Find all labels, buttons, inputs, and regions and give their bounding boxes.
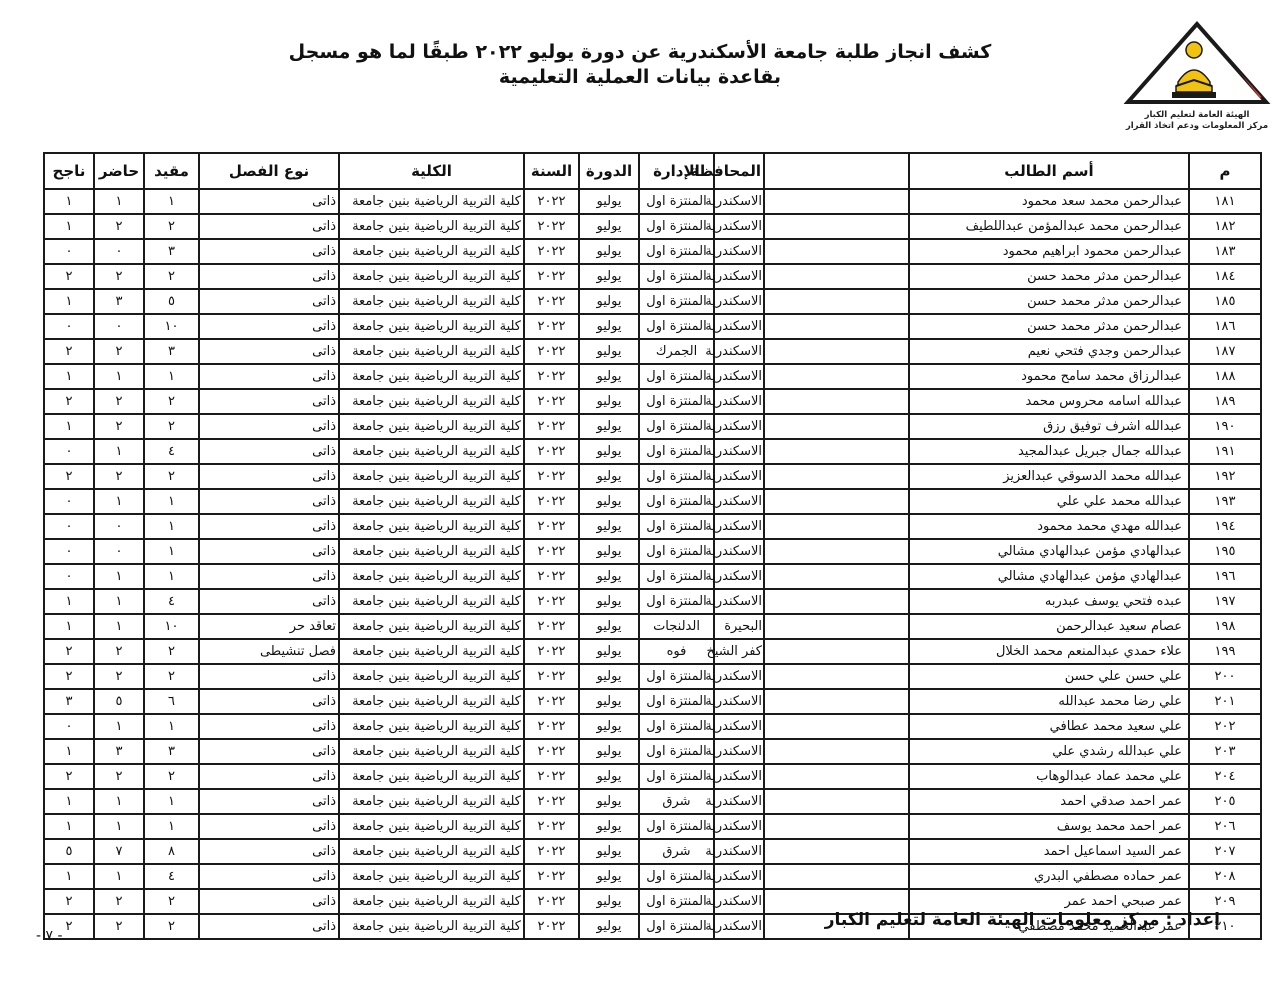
- cell-college: كلية التربية الرياضية بنين جامعة: [339, 289, 524, 314]
- cell-session: يوليو: [579, 639, 639, 664]
- cell-class-type: ذاتى: [199, 339, 339, 364]
- cell-college: كلية التربية الرياضية بنين جامعة: [339, 339, 524, 364]
- cell-session: يوليو: [579, 264, 639, 289]
- cell-governorate: الاسكندرية: [714, 439, 764, 464]
- cell-num: ١٩٢: [1189, 464, 1261, 489]
- cell-college: كلية التربية الرياضية بنين جامعة: [339, 514, 524, 539]
- cell-governorate: الاسكندرية: [714, 839, 764, 864]
- cell-administration: المنتزة اول: [639, 864, 714, 889]
- cell-session: يوليو: [579, 839, 639, 864]
- cell-administration: المنتزة اول: [639, 539, 714, 564]
- cell-year: ٢٠٢٢: [524, 189, 579, 214]
- cell-session: يوليو: [579, 614, 639, 639]
- table-row: ١٩٦عبدالهادي مؤمن عبدالهادي مشاليالاسكند…: [44, 564, 1261, 589]
- cell-passed: ٠: [44, 514, 94, 539]
- cell-administration: المنتزة اول: [639, 814, 714, 839]
- cell-class-type: ذاتى: [199, 189, 339, 214]
- cell-year: ٢٠٢٢: [524, 914, 579, 939]
- cell-passed: ١: [44, 414, 94, 439]
- cell-enrolled: ١: [144, 364, 199, 389]
- table-row: ٢٠٣علي عبدالله رشدي عليالاسكندريةالمنتزة…: [44, 739, 1261, 764]
- cell-year: ٢٠٢٢: [524, 389, 579, 414]
- cell-enrolled: ١: [144, 789, 199, 814]
- cell-passed: ٠: [44, 489, 94, 514]
- cell-college: كلية التربية الرياضية بنين جامعة: [339, 214, 524, 239]
- cell-session: يوليو: [579, 314, 639, 339]
- cell-name: عبدالرحمن محمد عبدالمؤمن عبداللطيف: [909, 214, 1189, 239]
- cell-num: ٢٠٥: [1189, 789, 1261, 814]
- cell-session: يوليو: [579, 589, 639, 614]
- spacer-cell: [764, 839, 909, 864]
- cell-college: كلية التربية الرياضية بنين جامعة: [339, 314, 524, 339]
- col-header-passed: ناجح: [44, 153, 94, 189]
- spacer-cell: [764, 489, 909, 514]
- cell-num: ١٩٠: [1189, 414, 1261, 439]
- cell-enrolled: ٢: [144, 889, 199, 914]
- cell-college: كلية التربية الرياضية بنين جامعة: [339, 614, 524, 639]
- spacer-column: [764, 153, 909, 189]
- cell-attended: ٢: [94, 664, 144, 689]
- cell-college: كلية التربية الرياضية بنين جامعة: [339, 189, 524, 214]
- table-row: ٢٠٧عمر السيد اسماعيل احمدالاسكندريةشرقيو…: [44, 839, 1261, 864]
- cell-class-type: ذاتى: [199, 464, 339, 489]
- cell-class-type: ذاتى: [199, 214, 339, 239]
- cell-class-type: ذاتى: [199, 889, 339, 914]
- cell-name: عبدالرحمن مدثر محمد حسن: [909, 264, 1189, 289]
- spacer-cell: [764, 439, 909, 464]
- cell-num: ١٩١: [1189, 439, 1261, 464]
- cell-college: كلية التربية الرياضية بنين جامعة: [339, 414, 524, 439]
- cell-num: ١٨٩: [1189, 389, 1261, 414]
- cell-name: عبدالله اشرف توفيق رزق: [909, 414, 1189, 439]
- cell-class-type: ذاتى: [199, 689, 339, 714]
- table-row: ٢٠٥عمر احمد صدقي احمدالاسكندريةشرقيوليو٢…: [44, 789, 1261, 814]
- cell-name: عبدالله جمال جبريل عبدالمجيد: [909, 439, 1189, 464]
- organization-logo: الهيئة العامة لتعليم الكبار مركز المعلوم…: [1118, 20, 1276, 131]
- cell-enrolled: ١٠: [144, 314, 199, 339]
- table-row: ٢٠٢علي سعيد محمد عطافيالاسكندريةالمنتزة …: [44, 714, 1261, 739]
- cell-session: يوليو: [579, 364, 639, 389]
- spacer-cell: [764, 189, 909, 214]
- table-row: ١٩٣عبدالله محمد علي عليالاسكندريةالمنتزة…: [44, 489, 1261, 514]
- cell-college: كلية التربية الرياضية بنين جامعة: [339, 764, 524, 789]
- cell-attended: ٢: [94, 414, 144, 439]
- cell-year: ٢٠٢٢: [524, 364, 579, 389]
- cell-year: ٢٠٢٢: [524, 664, 579, 689]
- cell-administration: الجمرك: [639, 339, 714, 364]
- cell-name: علي حسن علي حسن: [909, 664, 1189, 689]
- spacer-cell: [764, 289, 909, 314]
- cell-num: ٢٠٣: [1189, 739, 1261, 764]
- prepared-by-note: إعداد : مركز معلومات الهيئة العامة لتعلي…: [825, 910, 1220, 930]
- cell-passed: ٠: [44, 539, 94, 564]
- cell-governorate: الاسكندرية: [714, 739, 764, 764]
- cell-num: ٢٠٤: [1189, 764, 1261, 789]
- spacer-cell: [764, 389, 909, 414]
- cell-num: ١٨٢: [1189, 214, 1261, 239]
- cell-governorate: الاسكندرية: [714, 464, 764, 489]
- cell-administration: شرق: [639, 839, 714, 864]
- cell-administration: المنتزة اول: [639, 439, 714, 464]
- spacer-cell: [764, 614, 909, 639]
- cell-passed: ٠: [44, 314, 94, 339]
- cell-name: عبدالرحمن محمد سعد محمود: [909, 189, 1189, 214]
- cell-enrolled: ١: [144, 189, 199, 214]
- cell-administration: الدلنجات: [639, 614, 714, 639]
- cell-class-type: ذاتى: [199, 364, 339, 389]
- cell-governorate: الاسكندرية: [714, 239, 764, 264]
- report-page: { "header": { "title": "كشف انجاز طلبة ج…: [0, 0, 1280, 989]
- cell-name: عبدالله مهدي محمد محمود: [909, 514, 1189, 539]
- cell-college: كلية التربية الرياضية بنين جامعة: [339, 914, 524, 939]
- cell-num: ١٨٣: [1189, 239, 1261, 264]
- cell-enrolled: ٢: [144, 464, 199, 489]
- cell-class-type: ذاتى: [199, 789, 339, 814]
- table-row: ١٩٢عبدالله محمد الدسوقي عبدالعزيزالاسكند…: [44, 464, 1261, 489]
- cell-governorate: الاسكندرية: [714, 589, 764, 614]
- cell-administration: المنتزة اول: [639, 214, 714, 239]
- cell-name: علي عبدالله رشدي علي: [909, 739, 1189, 764]
- cell-college: كلية التربية الرياضية بنين جامعة: [339, 664, 524, 689]
- cell-num: ١٩٣: [1189, 489, 1261, 514]
- table-row: ١٩٠عبدالله اشرف توفيق رزقالاسكندريةالمنت…: [44, 414, 1261, 439]
- spacer-cell: [764, 364, 909, 389]
- cell-administration: المنتزة اول: [639, 314, 714, 339]
- cell-passed: ١: [44, 364, 94, 389]
- cell-administration: المنتزة اول: [639, 289, 714, 314]
- cell-enrolled: ٢: [144, 639, 199, 664]
- page-number: - ٧ -: [36, 928, 63, 944]
- cell-name: عبدالله اسامه محروس محمد: [909, 389, 1189, 414]
- cell-session: يوليو: [579, 864, 639, 889]
- cell-passed: ٢: [44, 464, 94, 489]
- cell-name: علي محمد عماد عبدالوهاب: [909, 764, 1189, 789]
- cell-attended: ٠: [94, 514, 144, 539]
- table-row: ١٨٥عبدالرحمن مدثر محمد حسنالاسكندريةالمن…: [44, 289, 1261, 314]
- cell-governorate: الاسكندرية: [714, 414, 764, 439]
- cell-governorate: الاسكندرية: [714, 564, 764, 589]
- cell-administration: المنتزة اول: [639, 914, 714, 939]
- cell-college: كلية التربية الرياضية بنين جامعة: [339, 639, 524, 664]
- cell-administration: المنتزة اول: [639, 389, 714, 414]
- cell-class-type: ذاتى: [199, 564, 339, 589]
- cell-governorate: الاسكندرية: [714, 789, 764, 814]
- cell-attended: ٣: [94, 739, 144, 764]
- cell-governorate: الاسكندرية: [714, 689, 764, 714]
- cell-enrolled: ٨: [144, 839, 199, 864]
- cell-session: يوليو: [579, 664, 639, 689]
- cell-governorate: الاسكندرية: [714, 864, 764, 889]
- cell-enrolled: ٢: [144, 214, 199, 239]
- spacer-cell: [764, 639, 909, 664]
- cell-governorate: الاسكندرية: [714, 214, 764, 239]
- cell-administration: المنتزة اول: [639, 689, 714, 714]
- cell-passed: ١: [44, 814, 94, 839]
- cell-year: ٢٠٢٢: [524, 289, 579, 314]
- cell-num: ٢٠٦: [1189, 814, 1261, 839]
- table-row: ١٨٩عبدالله اسامه محروس محمدالاسكندريةالم…: [44, 389, 1261, 414]
- cell-session: يوليو: [579, 189, 639, 214]
- table-row: ١٩٩علاء حمدي عبدالمنعم محمد الخلالكفر ال…: [44, 639, 1261, 664]
- cell-administration: المنتزة اول: [639, 264, 714, 289]
- cell-administration: المنتزة اول: [639, 664, 714, 689]
- cell-year: ٢٠٢٢: [524, 339, 579, 364]
- table-row: ٢٠٠علي حسن علي حسنالاسكندريةالمنتزة اولي…: [44, 664, 1261, 689]
- table-row: ١٨٢عبدالرحمن محمد عبدالمؤمن عبداللطيفالا…: [44, 214, 1261, 239]
- cell-class-type: تعاقد حر: [199, 614, 339, 639]
- cell-class-type: ذاتى: [199, 514, 339, 539]
- cell-administration: المنتزة اول: [639, 414, 714, 439]
- cell-class-type: ذاتى: [199, 314, 339, 339]
- cell-year: ٢٠٢٢: [524, 489, 579, 514]
- cell-class-type: ذاتى: [199, 914, 339, 939]
- cell-attended: ٢: [94, 914, 144, 939]
- cell-class-type: ذاتى: [199, 589, 339, 614]
- cell-session: يوليو: [579, 714, 639, 739]
- cell-passed: ٠: [44, 439, 94, 464]
- cell-governorate: الاسكندرية: [714, 364, 764, 389]
- cell-governorate: الاسكندرية: [714, 289, 764, 314]
- cell-class-type: ذاتى: [199, 264, 339, 289]
- cell-year: ٢٠٢٢: [524, 314, 579, 339]
- cell-attended: ١: [94, 864, 144, 889]
- cell-college: كلية التربية الرياضية بنين جامعة: [339, 814, 524, 839]
- cell-class-type: ذاتى: [199, 414, 339, 439]
- cell-passed: ٣: [44, 689, 94, 714]
- cell-attended: ٢: [94, 264, 144, 289]
- cell-year: ٢٠٢٢: [524, 239, 579, 264]
- cell-enrolled: ١: [144, 564, 199, 589]
- cell-attended: ٥: [94, 689, 144, 714]
- cell-administration: المنتزة اول: [639, 489, 714, 514]
- col-header-college: الكلية: [339, 153, 524, 189]
- cell-college: كلية التربية الرياضية بنين جامعة: [339, 689, 524, 714]
- cell-passed: ٢: [44, 339, 94, 364]
- cell-name: علي رضا محمد عبدالله: [909, 689, 1189, 714]
- cell-year: ٢٠٢٢: [524, 464, 579, 489]
- spacer-cell: [764, 714, 909, 739]
- spacer-cell: [764, 589, 909, 614]
- cell-administration: المنتزة اول: [639, 739, 714, 764]
- cell-college: كلية التربية الرياضية بنين جامعة: [339, 389, 524, 414]
- cell-num: ٢٠٢: [1189, 714, 1261, 739]
- cell-governorate: الاسكندرية: [714, 889, 764, 914]
- cell-enrolled: ١: [144, 514, 199, 539]
- cell-passed: ١: [44, 614, 94, 639]
- cell-year: ٢٠٢٢: [524, 639, 579, 664]
- cell-passed: ١: [44, 189, 94, 214]
- table-row: ١٩٥عبدالهادي مؤمن عبدالهادي مشاليالاسكند…: [44, 539, 1261, 564]
- cell-college: كلية التربية الرياضية بنين جامعة: [339, 539, 524, 564]
- spacer-cell: [764, 814, 909, 839]
- cell-class-type: ذاتى: [199, 714, 339, 739]
- cell-passed: ٥: [44, 839, 94, 864]
- cell-year: ٢٠٢٢: [524, 539, 579, 564]
- cell-administration: المنتزة اول: [639, 889, 714, 914]
- cell-num: ١٩٤: [1189, 514, 1261, 539]
- table-row: ٢٠١علي رضا محمد عبداللهالاسكندريةالمنتزة…: [44, 689, 1261, 714]
- col-header-student-name: أسم الطالب: [909, 153, 1189, 189]
- cell-administration: المنتزة اول: [639, 364, 714, 389]
- cell-college: كلية التربية الرياضية بنين جامعة: [339, 864, 524, 889]
- cell-passed: ٢: [44, 889, 94, 914]
- cell-enrolled: ٢: [144, 764, 199, 789]
- cell-administration: المنتزة اول: [639, 189, 714, 214]
- spacer-cell: [764, 539, 909, 564]
- cell-class-type: ذاتى: [199, 864, 339, 889]
- cell-name: عبدالهادي مؤمن عبدالهادي مشالي: [909, 564, 1189, 589]
- cell-college: كلية التربية الرياضية بنين جامعة: [339, 714, 524, 739]
- cell-passed: ١: [44, 214, 94, 239]
- cell-administration: المنتزة اول: [639, 464, 714, 489]
- cell-college: كلية التربية الرياضية بنين جامعة: [339, 489, 524, 514]
- cell-session: يوليو: [579, 414, 639, 439]
- cell-name: علاء حمدي عبدالمنعم محمد الخلال: [909, 639, 1189, 664]
- cell-governorate: الاسكندرية: [714, 189, 764, 214]
- cell-name: عبدالله محمد الدسوقي عبدالعزيز: [909, 464, 1189, 489]
- cell-governorate: الاسكندرية: [714, 764, 764, 789]
- cell-enrolled: ٦: [144, 689, 199, 714]
- cell-class-type: ذاتى: [199, 664, 339, 689]
- cell-year: ٢٠٢٢: [524, 439, 579, 464]
- spacer-cell: [764, 764, 909, 789]
- cell-attended: ٢: [94, 639, 144, 664]
- cell-name: عبده فتحي يوسف عبدربه: [909, 589, 1189, 614]
- cell-enrolled: ١: [144, 714, 199, 739]
- cell-attended: ٢: [94, 339, 144, 364]
- cell-year: ٢٠٢٢: [524, 214, 579, 239]
- cell-session: يوليو: [579, 464, 639, 489]
- cell-attended: ٢: [94, 889, 144, 914]
- cell-session: يوليو: [579, 489, 639, 514]
- cell-attended: ٠: [94, 239, 144, 264]
- cell-session: يوليو: [579, 389, 639, 414]
- cell-year: ٢٠٢٢: [524, 714, 579, 739]
- cell-passed: ١: [44, 739, 94, 764]
- cell-class-type: ذاتى: [199, 239, 339, 264]
- cell-enrolled: ٥: [144, 289, 199, 314]
- table-row: ١٨٦عبدالرحمن مدثر محمد حسنالاسكندريةالمن…: [44, 314, 1261, 339]
- cell-year: ٢٠٢٢: [524, 589, 579, 614]
- cell-year: ٢٠٢٢: [524, 764, 579, 789]
- table-row: ٢٠٦عمر احمد محمد يوسفالاسكندريةالمنتزة ا…: [44, 814, 1261, 839]
- cell-enrolled: ٣: [144, 339, 199, 364]
- cell-attended: ٧: [94, 839, 144, 864]
- cell-passed: ٢: [44, 664, 94, 689]
- cell-session: يوليو: [579, 239, 639, 264]
- cell-governorate: الاسكندرية: [714, 489, 764, 514]
- cell-passed: ٢: [44, 264, 94, 289]
- cell-class-type: ذاتى: [199, 539, 339, 564]
- cell-num: ١٩٧: [1189, 589, 1261, 614]
- cell-enrolled: ١: [144, 814, 199, 839]
- cell-college: كلية التربية الرياضية بنين جامعة: [339, 789, 524, 814]
- cell-enrolled: ١: [144, 489, 199, 514]
- spacer-cell: [764, 564, 909, 589]
- cell-attended: ٠: [94, 539, 144, 564]
- cell-num: ١٩٥: [1189, 539, 1261, 564]
- cell-session: يوليو: [579, 914, 639, 939]
- cell-attended: ١: [94, 789, 144, 814]
- cell-name: عمر السيد اسماعيل احمد: [909, 839, 1189, 864]
- cell-governorate: الاسكندرية: [714, 714, 764, 739]
- cell-num: ١٩٦: [1189, 564, 1261, 589]
- cell-passed: ١: [44, 589, 94, 614]
- cell-name: عبدالهادي مؤمن عبدالهادي مشالي: [909, 539, 1189, 564]
- cell-enrolled: ٢: [144, 264, 199, 289]
- table-row: ١٩٧عبده فتحي يوسف عبدربهالاسكندريةالمنتز…: [44, 589, 1261, 614]
- cell-name: عبدالرزاق محمد سامح محمود: [909, 364, 1189, 389]
- spacer-cell: [764, 789, 909, 814]
- cell-governorate: كفر الشيخ: [714, 639, 764, 664]
- cell-session: يوليو: [579, 764, 639, 789]
- cell-class-type: ذاتى: [199, 764, 339, 789]
- cell-class-type: ذاتى: [199, 489, 339, 514]
- cell-year: ٢٠٢٢: [524, 839, 579, 864]
- cell-session: يوليو: [579, 789, 639, 814]
- spacer-cell: [764, 264, 909, 289]
- cell-num: ١٨٤: [1189, 264, 1261, 289]
- cell-enrolled: ٤: [144, 439, 199, 464]
- cell-enrolled: ٣: [144, 739, 199, 764]
- cell-attended: ١: [94, 814, 144, 839]
- cell-attended: ٢: [94, 214, 144, 239]
- cell-class-type: ذاتى: [199, 739, 339, 764]
- spacer-cell: [764, 214, 909, 239]
- cell-name: عمر احمد محمد يوسف: [909, 814, 1189, 839]
- cell-year: ٢٠٢٢: [524, 864, 579, 889]
- cell-enrolled: ٣: [144, 239, 199, 264]
- cell-name: عبدالرحمن مدثر محمد حسن: [909, 289, 1189, 314]
- cell-name: عمر احمد صدقي احمد: [909, 789, 1189, 814]
- cell-college: كلية التربية الرياضية بنين جامعة: [339, 889, 524, 914]
- cell-enrolled: ٢: [144, 664, 199, 689]
- table-row: ١٩١عبدالله جمال جبريل عبدالمجيدالاسكندري…: [44, 439, 1261, 464]
- cell-num: ٢٠٠: [1189, 664, 1261, 689]
- cell-year: ٢٠٢٢: [524, 414, 579, 439]
- cell-passed: ٠: [44, 714, 94, 739]
- cell-passed: ١: [44, 789, 94, 814]
- spacer-cell: [764, 664, 909, 689]
- cell-num: ١٨٧: [1189, 339, 1261, 364]
- spacer-cell: [764, 314, 909, 339]
- cell-governorate: الاسكندرية: [714, 264, 764, 289]
- cell-class-type: ذاتى: [199, 289, 339, 314]
- col-header-enrolled: مقيد: [144, 153, 199, 189]
- cell-session: يوليو: [579, 739, 639, 764]
- cell-administration: فوه: [639, 639, 714, 664]
- cell-session: يوليو: [579, 289, 639, 314]
- cell-year: ٢٠٢٢: [524, 689, 579, 714]
- cell-name: عبدالله محمد علي علي: [909, 489, 1189, 514]
- cell-num: ١٨٥: [1189, 289, 1261, 314]
- cell-attended: ٣: [94, 289, 144, 314]
- cell-college: كلية التربية الرياضية بنين جامعة: [339, 239, 524, 264]
- spacer-cell: [764, 739, 909, 764]
- cell-governorate: الاسكندرية: [714, 814, 764, 839]
- cell-college: كلية التربية الرياضية بنين جامعة: [339, 839, 524, 864]
- cell-passed: ٢: [44, 389, 94, 414]
- col-header-attended: حاضر: [94, 153, 144, 189]
- cell-enrolled: ١: [144, 539, 199, 564]
- logo-caption-line1: الهيئة العامة لتعليم الكبار: [1118, 110, 1276, 121]
- cell-enrolled: ١٠: [144, 614, 199, 639]
- cell-administration: المنتزة اول: [639, 714, 714, 739]
- cell-year: ٢٠٢٢: [524, 564, 579, 589]
- cell-year: ٢٠٢٢: [524, 514, 579, 539]
- table-row: ١٨٣عبدالرحمن محمود ابراهيم محمودالاسكندر…: [44, 239, 1261, 264]
- cell-administration: شرق: [639, 789, 714, 814]
